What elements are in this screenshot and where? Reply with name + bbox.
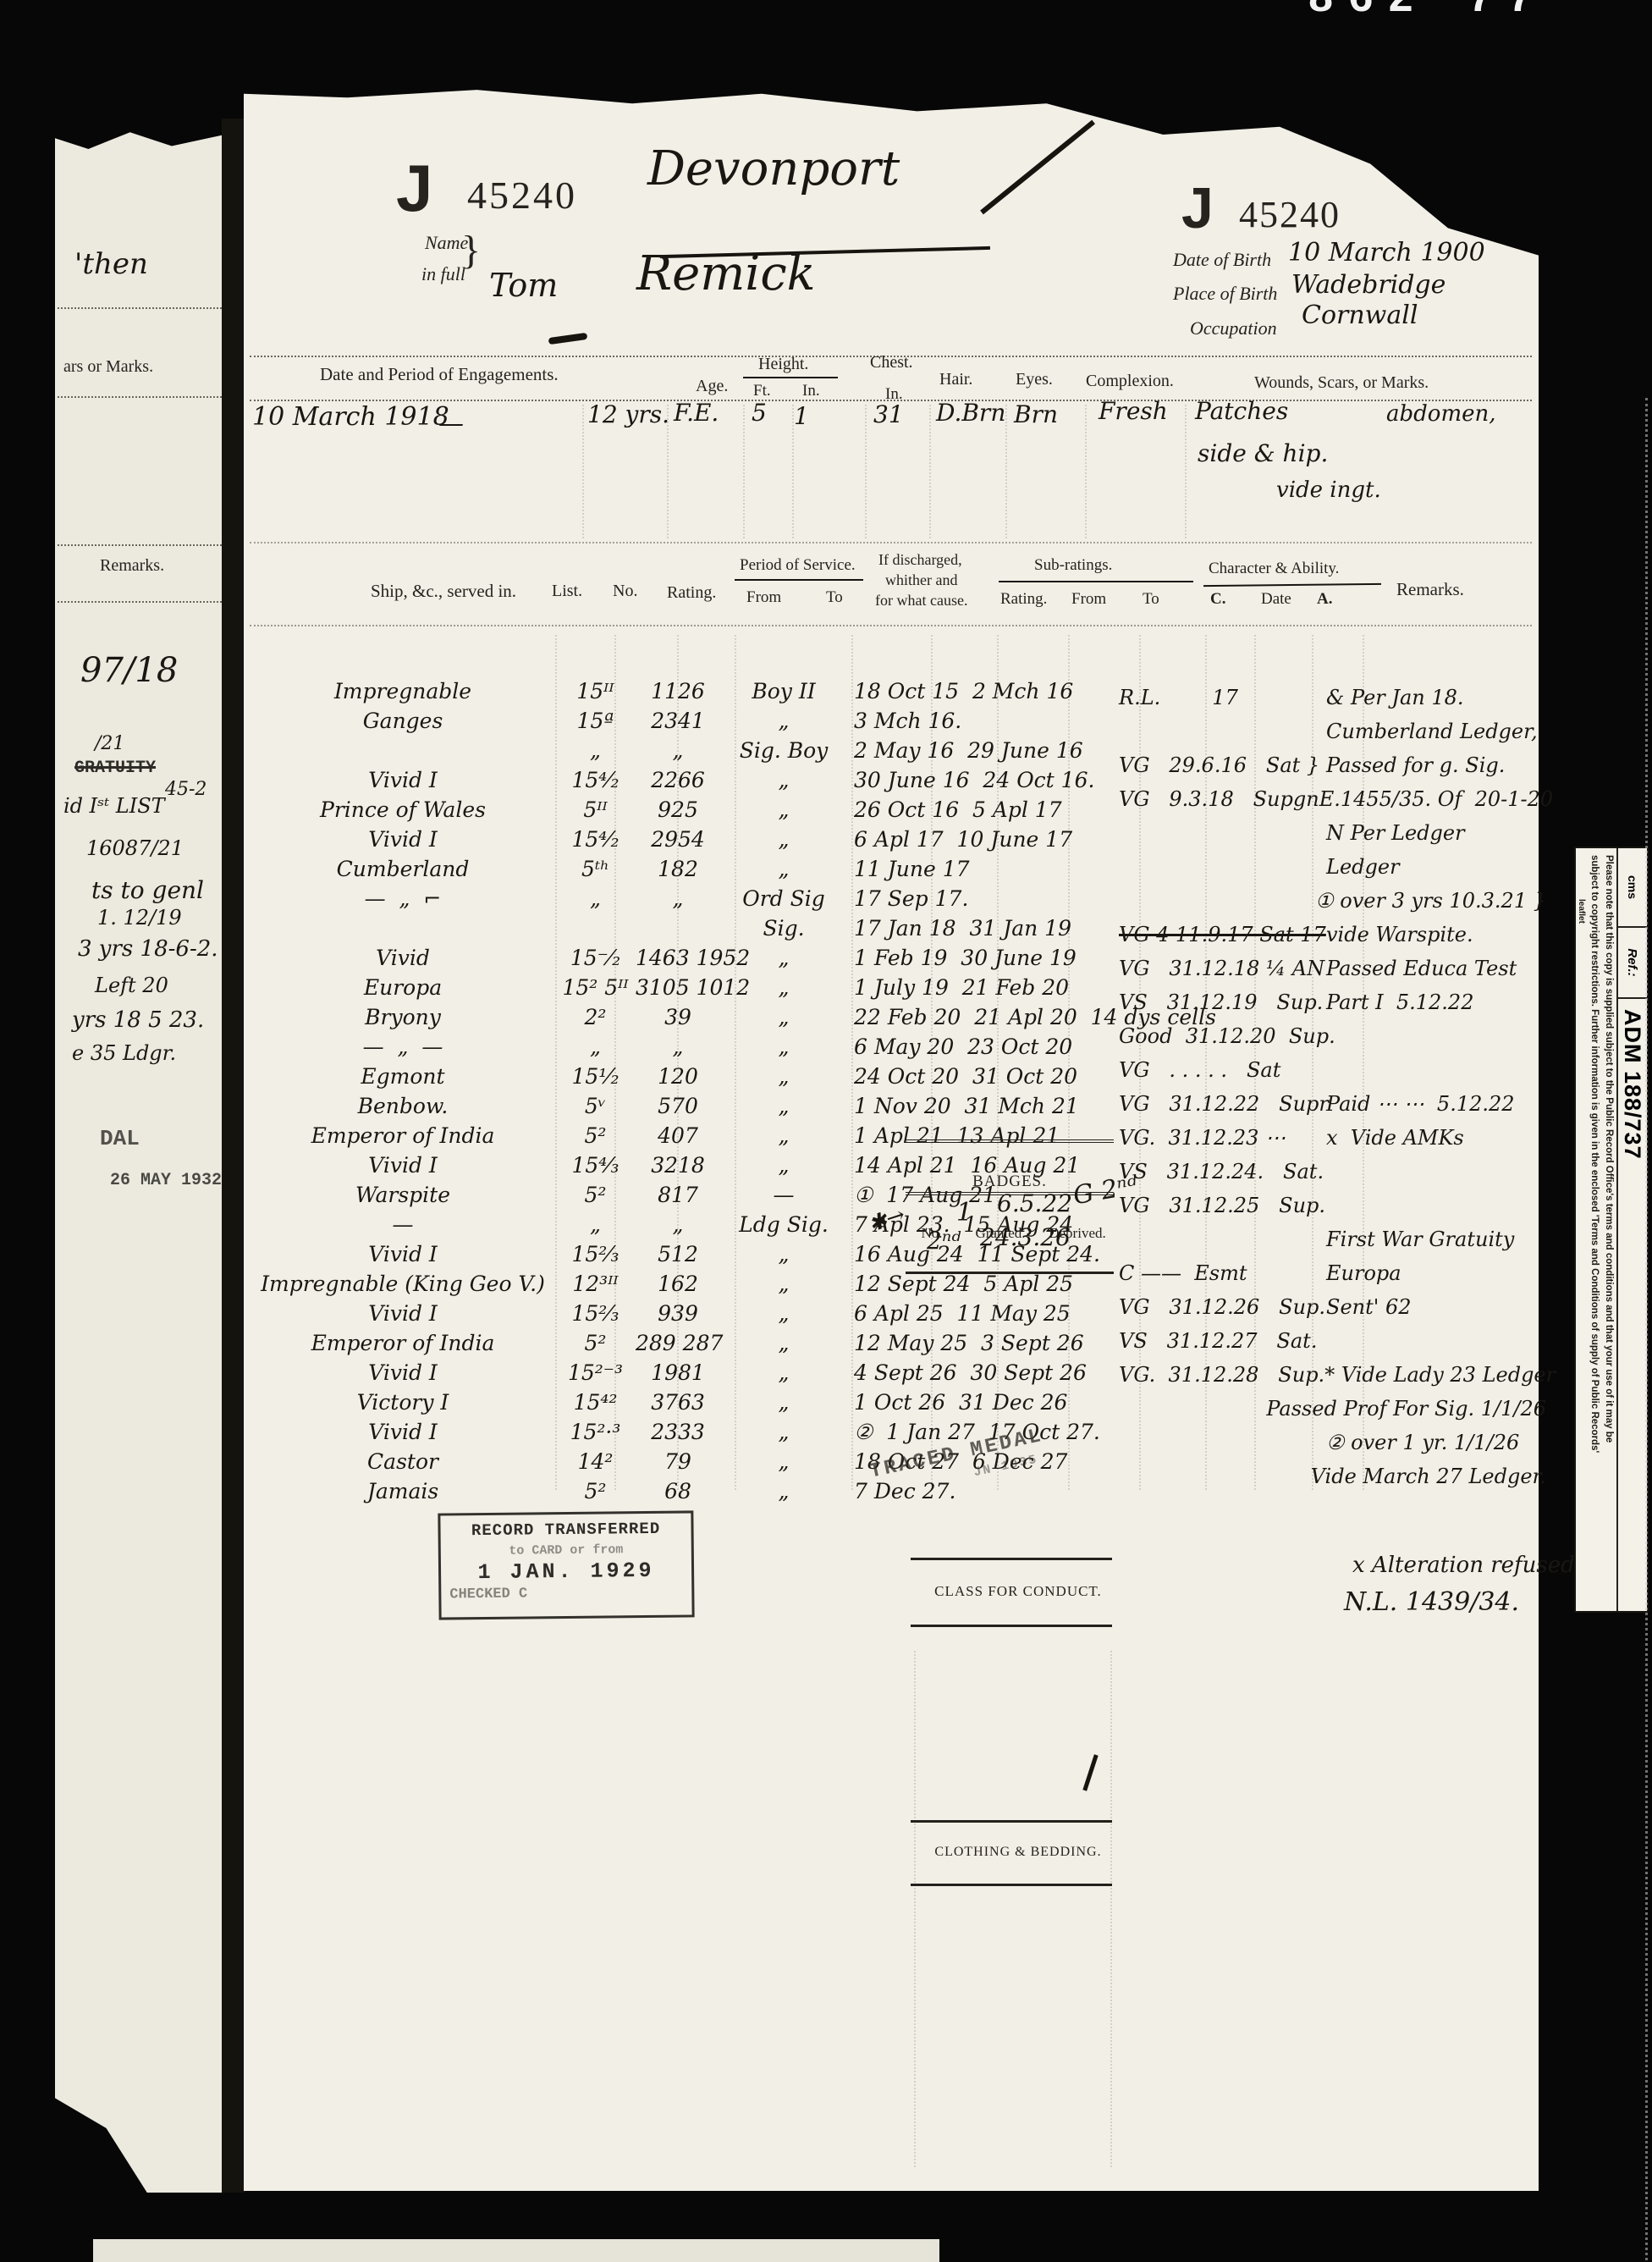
character-entry: First War Gratuity — [1119, 1229, 1546, 1263]
c-col-header: C. — [1210, 591, 1225, 607]
character-header: Character & Ability. — [1209, 560, 1339, 577]
ship-name: — „ ⌐ — [251, 888, 555, 909]
archive-label-inner: cms Ref.: ADM 188/737 Please note that t… — [1574, 847, 1649, 1613]
character-entry: Cumberland Ledger, — [1119, 721, 1546, 755]
book-gutter — [222, 119, 245, 2193]
character-entry: VG 31.12.18 ¼ AN Passed Educa Test — [1119, 958, 1546, 992]
column-rule — [914, 1651, 916, 2167]
character-entry: Good 31.12.20 Sup. — [1119, 1026, 1546, 1060]
character-entry: VG. 31.12.23 ⋯ x Vide AMKs — [1119, 1128, 1546, 1161]
copyright-line-3: leaflet — [1576, 848, 1589, 1611]
pob-label: Place of Birth — [1173, 284, 1277, 303]
rating-value: Ldg Sig. — [720, 1214, 847, 1235]
eyes-col-header: Eyes. — [1016, 371, 1053, 388]
number-value: 39 — [636, 1007, 720, 1028]
left-note: id Iˢᵗ LIST — [63, 796, 165, 816]
list-value: 15⁴⁄₃ — [555, 1155, 636, 1176]
occupation-label: Occupation — [1190, 319, 1277, 338]
rating-value: „ — [720, 710, 847, 731]
subratings-header: Sub-ratings. — [1034, 557, 1112, 573]
column-rule — [1110, 1651, 1112, 2167]
in-col-header: In. — [802, 383, 820, 399]
ship-name: Vivid I — [251, 1303, 555, 1324]
subratings-underline — [999, 581, 1193, 582]
rating-value: „ — [720, 947, 847, 968]
character-grade: VG . . . . . Sat — [1119, 1060, 1326, 1080]
hair-value: D.Brn — [936, 401, 1005, 425]
number-value: 512 — [636, 1244, 720, 1265]
character-entry: Vide March 27 Ledger. — [1119, 1466, 1546, 1500]
number-value: „ — [636, 1214, 720, 1235]
left-rule — [58, 601, 222, 603]
badge-row1-granted: 6.5.22 — [997, 1192, 1072, 1216]
badge-row2-no: 2ⁿᵈ — [927, 1229, 961, 1253]
character-grade: R.L. 17 — [1119, 687, 1326, 708]
character-remark: ② over 1 yr. 1/1/26 — [1326, 1432, 1546, 1453]
number-value: 3763 — [636, 1392, 720, 1413]
character-grade: VG 29.6.16 Sat } — [1119, 755, 1326, 775]
character-remark: Europa — [1326, 1263, 1546, 1283]
a-col-header: A. — [1317, 591, 1332, 607]
ship-name: Warspite — [251, 1184, 555, 1205]
character-entry: ② over 1 yr. 1/1/26 — [1119, 1432, 1546, 1466]
character-entry: VG 9.3.18 Sup gnE.1455/35. Of 20-1-20 — [1119, 789, 1546, 823]
record-stamp-line1: RECORD TRANSFERRED — [440, 1520, 691, 1539]
to-col-header: To — [826, 589, 843, 605]
date-col-header: Date — [1261, 591, 1291, 607]
chest-value: 31 — [873, 403, 904, 427]
dob-value: 10 March 1900 — [1288, 240, 1485, 266]
left-medal-stamp: DAL — [100, 1128, 140, 1150]
height-ft-value: 5 — [752, 401, 767, 425]
eyes-value: Brn — [1014, 403, 1058, 427]
wounds-value-3: side & hip. — [1198, 442, 1328, 466]
character-grade: VG 4 11.9.17 Sat 17 — [1119, 924, 1326, 945]
list-value: 5² — [555, 1125, 636, 1146]
rating-value: „ — [720, 1066, 847, 1087]
left-note: 45-2 — [165, 781, 206, 799]
height-in-value: 1 — [794, 405, 809, 428]
number-value: 289 287 — [636, 1332, 720, 1354]
number-value: 925 — [636, 799, 720, 820]
ship-name: Ganges — [251, 710, 555, 731]
discharged-header-1: If discharged, — [878, 552, 962, 567]
list-value: 15²⁄₃ — [555, 1303, 636, 1324]
ref-label-cell: Ref.: — [1618, 928, 1647, 999]
clothing-bedding-title: CLOTHING & BEDDING. — [934, 1845, 1101, 1859]
ft-col-header: Ft. — [753, 383, 771, 399]
character-grade: Good 31.12.20 Sup. — [1119, 1026, 1326, 1046]
rating-value: Sig. — [720, 918, 847, 939]
record-stamp-line3: 1 JAN. 1929 — [441, 1559, 691, 1583]
character-ability-column: R.L. 17 & Per Jan 18. Cumberland Ledger,… — [1119, 647, 1546, 1500]
rating-value: „ — [720, 1362, 847, 1383]
character-grade: VG 31.12.25 Sup. — [1119, 1195, 1326, 1216]
official-number-letter-right: J — [1181, 179, 1214, 237]
list-value: 5ᵗʰ — [555, 858, 636, 880]
list-value: 15²·³ — [555, 1421, 636, 1443]
microfilm-scan: 862 77 'then ars or Marks. Remarks. 97/1… — [0, 0, 1652, 2262]
character-entry: N Per Ledger — [1119, 823, 1546, 857]
class-for-conduct-title: CLASS FOR CONDUCT. — [934, 1583, 1102, 1599]
character-grade: VS 31.12.27 Sat. — [1119, 1331, 1326, 1351]
ship-name: Vivid — [251, 947, 555, 968]
character-grade: C —— Esmt — [1119, 1263, 1326, 1283]
film-edge-line — [1645, 398, 1648, 2260]
number-value: 570 — [636, 1095, 720, 1117]
character-remark: vide Warspite. — [1326, 924, 1546, 945]
character-entry: ① over 3 yrs 10.3.21 } — [1119, 891, 1546, 924]
left-date-stamp: 26 MAY 1932 — [110, 1172, 222, 1189]
ship-name: Victory I — [251, 1392, 555, 1413]
number-value: 2333 — [636, 1421, 720, 1443]
ship-name: Bryony — [251, 1007, 555, 1028]
ship-name: Egmont — [251, 1066, 555, 1087]
list-value: 14² — [555, 1451, 636, 1472]
character-remark: * Vide Lady 23 Ledger — [1324, 1365, 1556, 1385]
character-grade: VG. 31.12.28 Sup. — [1119, 1365, 1324, 1385]
character-entry: VG 4 11.9.17 Sat 17 vide Warspite. — [1119, 924, 1546, 958]
rule — [250, 542, 1532, 543]
list-value: 15¹⁄₂ — [555, 1066, 636, 1087]
rating-value: „ — [720, 799, 847, 820]
number-value: 939 — [636, 1303, 720, 1324]
character-remark: Paid ⋯ ⋯ 5.12.22 — [1326, 1094, 1546, 1114]
discharged-header-2: whither and — [885, 572, 957, 588]
rating-value: „ — [720, 1155, 847, 1176]
rating-value: „ — [720, 1007, 847, 1028]
rating-value: Sig. Boy — [720, 740, 847, 761]
film-bottom-strip — [93, 2239, 939, 2262]
character-entry: VG 31.12.22 Supr Paid ⋯ ⋯ 5.12.22 — [1119, 1094, 1546, 1128]
surname: Remick — [636, 251, 816, 298]
column-rule — [929, 405, 931, 538]
character-remark: Sent' 62 — [1326, 1297, 1546, 1317]
number-value: 1126 — [636, 681, 720, 702]
age-col-header: Age. — [696, 378, 728, 394]
number-value: 68 — [636, 1481, 720, 1502]
cms-cell: cms — [1618, 848, 1647, 928]
ship-name: Impregnable — [251, 681, 555, 702]
height-col-header: Height. — [758, 356, 808, 372]
from-col-header: From — [746, 589, 781, 605]
list-value: 5ᴵᴵ — [555, 799, 636, 820]
hair-col-header: Hair. — [939, 371, 972, 388]
left-rule — [58, 544, 222, 546]
character-entry: Ledger — [1119, 857, 1546, 891]
character-entry: Passed Prof For Sig. 1/1/26 — [1119, 1399, 1546, 1432]
left-col-header: ars or Marks. — [63, 358, 153, 375]
column-rule — [865, 405, 867, 538]
ship-name: Vivid I — [251, 829, 555, 850]
ref-value-cell: ADM 188/737 — [1618, 999, 1647, 1611]
alteration-reference: N.L. 1439/34. — [1344, 1590, 1519, 1615]
column-rule — [743, 405, 745, 538]
wounds-col-header: Wounds, Scars, or Marks. — [1254, 374, 1429, 391]
copyright-line-1: Please note that this copy is supplied s… — [1602, 848, 1616, 1611]
character-remark: x Vide AMKs — [1326, 1128, 1546, 1148]
left-rule — [58, 307, 222, 309]
list-value: 2² — [555, 1007, 636, 1028]
list-value: 15⁴⁄₂ — [555, 829, 636, 850]
dob-label: Date of Birth — [1173, 251, 1271, 269]
record-transferred-stamp: RECORD TRANSFERRED to CARD or from 1 JAN… — [438, 1510, 694, 1619]
number-value: 817 — [636, 1184, 720, 1205]
character-entry: VG. 31.12.28 Sup. * Vide Lady 23 Ledger — [1119, 1365, 1546, 1399]
character-grade: VG. 31.12.23 ⋯ — [1119, 1128, 1326, 1148]
pob-value: Wadebridge — [1291, 273, 1445, 298]
official-number-right: 45240 — [1239, 196, 1341, 234]
list-value: 5ᵛ — [555, 1095, 636, 1117]
rating-value: „ — [720, 770, 847, 791]
character-remark: Passed Prof For Sig. 1/1/26 — [1266, 1399, 1546, 1419]
rating-value: Ord Sig — [720, 888, 847, 909]
column-rule — [1085, 405, 1087, 538]
character-remark: Cumberland Ledger, — [1326, 721, 1546, 742]
rating-col-header: Rating. — [667, 584, 716, 601]
discharged-header-3: for what cause. — [875, 593, 967, 608]
wounds-value-4: vide ingt. — [1276, 479, 1381, 501]
rating-value: „ — [720, 1303, 847, 1324]
official-number: 45240 — [467, 176, 577, 215]
character-remark: Passed Educa Test — [1326, 958, 1546, 979]
list-value: 15² 5ᴵᴵ — [555, 977, 636, 998]
ship-name: Vivid I — [251, 1244, 555, 1265]
period-col-header: Period of Service. — [740, 557, 856, 573]
character-remark: N Per Ledger — [1326, 823, 1546, 843]
sub-rating-header: Rating. — [1000, 591, 1047, 607]
rating-value: „ — [720, 1273, 847, 1294]
character-grade: VG 31.12.26 Sup. — [1119, 1297, 1326, 1317]
class-for-conduct-box: CLASS FOR CONDUCT. — [911, 1558, 1112, 1627]
port-division: Devonport — [647, 146, 900, 193]
wounds-value-2: abdomen, — [1386, 403, 1496, 425]
official-number-letter: J — [396, 155, 432, 221]
character-remark: Part I 5.12.22 — [1326, 992, 1546, 1012]
number-value: 79 — [636, 1451, 720, 1472]
badge-row1-no: 1 — [956, 1200, 972, 1226]
number-value: „ — [636, 888, 720, 909]
first-name: Tom — [489, 269, 558, 301]
rating-value: „ — [720, 1036, 847, 1057]
character-entry: R.L. 17 & Per Jan 18. — [1119, 687, 1546, 721]
rating-value: „ — [720, 977, 847, 998]
rating-value: „ — [720, 1332, 847, 1354]
list-value: 5² — [555, 1184, 636, 1205]
alteration-note: x Alteration refused — [1352, 1554, 1575, 1576]
left-note: 3 yrs 18-6-2. — [78, 938, 218, 960]
no-col-header: No. — [613, 582, 637, 599]
archive-label-header: cms Ref.: ADM 188/737 — [1616, 848, 1647, 1611]
character-entry: VS 31.12.27 Sat. — [1119, 1331, 1546, 1365]
age-value: 12 yrs. — [587, 403, 669, 427]
rating-value: „ — [720, 1095, 847, 1117]
character-remark: ① over 3 yrs 10.3.21 } — [1315, 891, 1546, 911]
name-brace: } — [461, 230, 481, 271]
column-rule — [582, 405, 584, 538]
list-value: „ — [555, 740, 636, 761]
number-value: 3105 1012 — [636, 977, 720, 998]
list-value: „ — [555, 888, 636, 909]
character-grade: VG 31.12.18 ¼ AN — [1119, 958, 1326, 979]
clothing-bedding-box: CLOTHING & BEDDING. — [911, 1820, 1112, 1886]
ship-name: Vivid I — [251, 1362, 555, 1383]
ship-name: — „ — — [251, 1036, 555, 1057]
ship-name: Impregnable (King Geo V.) — [251, 1273, 555, 1294]
left-note: 'then — [74, 250, 148, 279]
character-remark: Vide March 27 Ledger. — [1311, 1466, 1546, 1487]
list-value: „ — [555, 1036, 636, 1057]
character-remark: Ledger — [1326, 857, 1546, 877]
ship-name: — — [251, 1214, 555, 1235]
character-remark: Passed for g. Sig. — [1326, 755, 1546, 775]
list-value: 12³ᴵᴵ — [555, 1273, 636, 1294]
list-value: 15⁴² — [555, 1392, 636, 1413]
rating-value: — — [720, 1184, 847, 1205]
column-rule — [667, 405, 669, 538]
remarks-col-header: Remarks. — [1396, 581, 1464, 599]
character-entry: VG . . . . . Sat — [1119, 1060, 1546, 1094]
character-entry: VG 31.12.25 Sup. — [1119, 1195, 1546, 1229]
number-value: 2266 — [636, 770, 720, 791]
list-value: 5² — [555, 1332, 636, 1354]
rating-value: „ — [720, 1421, 847, 1443]
character-entry: VS 31.12.24. Sat. — [1119, 1161, 1546, 1195]
engagements-col-header: Date and Period of Engagements. — [320, 366, 559, 383]
rating-value: „ — [720, 858, 847, 880]
complexion-col-header: Complexion. — [1086, 372, 1174, 389]
column-rule — [792, 405, 794, 538]
engagement-date: 10 March 1918 — [252, 405, 449, 430]
pob-county-value: Cornwall — [1302, 303, 1418, 328]
character-remark: gnE.1455/35. Of 20-1-20 — [1293, 789, 1553, 809]
list-value: 15²⁄₃ — [555, 1244, 636, 1265]
copyright-line-2: subject to copyright restrictions. Furth… — [1589, 848, 1603, 1611]
character-remark: First War Gratuity — [1326, 1229, 1546, 1250]
left-note: yrs 18 5 23. — [72, 1009, 204, 1031]
column-rule — [1005, 405, 1007, 538]
rating-value: „ — [720, 1392, 847, 1413]
character-grade: VS 31.12.24. Sat. — [1119, 1161, 1326, 1182]
number-value: 2341 — [636, 710, 720, 731]
sub-from-header: From — [1071, 591, 1106, 607]
left-rule — [58, 396, 222, 398]
number-value: 1463 1952 — [636, 947, 720, 968]
rating-value: „ — [720, 1244, 847, 1265]
number-value: 182 — [636, 858, 720, 880]
chest-col-header: Chest. — [870, 354, 913, 371]
ship-name: Emperor of India — [251, 1125, 555, 1146]
ship-name: Prince of Wales — [251, 799, 555, 820]
ship-name: Benbow. — [251, 1095, 555, 1117]
ship-name: Emperor of India — [251, 1332, 555, 1354]
left-note: /21 — [95, 735, 124, 753]
left-note: Left 20 — [95, 975, 168, 996]
list-col-header: List. — [552, 582, 582, 599]
list-value: 15⁴⁄₂ — [555, 770, 636, 791]
number-value: 120 — [636, 1066, 720, 1087]
character-entry: VS 31.12.19 Sup. Part I 5.12.22 — [1119, 992, 1546, 1026]
number-value: 2954 — [636, 829, 720, 850]
character-grade: VS 31.12.19 Sup. — [1119, 992, 1326, 1012]
ship-name: Cumberland — [251, 858, 555, 880]
ship-name: Vivid I — [251, 1421, 555, 1443]
left-gratuity-stamp: GRATUITY — [74, 760, 156, 777]
rating-value: Boy II — [720, 681, 847, 702]
column-rule — [1185, 405, 1187, 538]
left-note: 1. 12/19 — [97, 908, 182, 928]
record-stamp-line4: CHECKED C — [441, 1585, 691, 1602]
entry-type-value: F.E. — [674, 401, 719, 425]
rating-value: „ — [720, 1125, 847, 1146]
list-value: 15ᴵᴵ — [555, 681, 636, 702]
number-value: 162 — [636, 1273, 720, 1294]
name-label-2: in full — [421, 265, 465, 284]
sub-to-header: To — [1143, 591, 1159, 607]
list-value: 15ª — [555, 710, 636, 731]
list-value: 15⁻⁄₂ — [555, 947, 636, 968]
number-value: „ — [636, 740, 720, 761]
record-stamp-line2: to CARD or from — [441, 1542, 691, 1558]
list-value: 15²⁻³ — [555, 1362, 636, 1383]
ship-name: Europa — [251, 977, 555, 998]
left-note: 16087/21 — [86, 838, 184, 858]
rating-value: „ — [720, 829, 847, 850]
left-note: ts to genl — [91, 879, 204, 902]
height-underline — [743, 377, 838, 378]
ship-name: Jamais — [251, 1481, 555, 1502]
character-grade: VG 9.3.18 Sup — [1119, 789, 1293, 809]
list-value: „ — [555, 1214, 636, 1235]
rule — [250, 625, 1532, 626]
badge-row2-granted: 24.3.26 — [980, 1226, 1071, 1250]
character-remark: & Per Jan 18. — [1326, 687, 1546, 708]
wounds-value-1: Patches — [1195, 400, 1288, 423]
ship-name: Vivid I — [251, 1155, 555, 1176]
character-entry: VG 31.12.26 Sup. Sent' 62 — [1119, 1297, 1546, 1331]
period-underline — [735, 579, 863, 581]
ship-col-header: Ship, &c., served in. — [371, 582, 516, 600]
engagement-dash: — — [438, 411, 464, 437]
left-note: 97/18 — [80, 654, 178, 687]
rating-value: „ — [720, 1451, 847, 1472]
adjacent-page-edge — [55, 119, 222, 2193]
character-entry: VG 29.6.16 Sat } Passed for g. Sig. — [1119, 755, 1546, 789]
left-remarks-header: Remarks. — [100, 557, 164, 574]
number-value: 3218 — [636, 1155, 720, 1176]
ship-name: Castor — [251, 1451, 555, 1472]
character-entry: C —— Esmt Europa — [1119, 1263, 1546, 1297]
complexion-value: Fresh — [1099, 400, 1168, 423]
left-note: e 35 Ldgr. — [72, 1043, 176, 1063]
ship-name: Vivid I — [251, 770, 555, 791]
character-grade: VG 31.12.22 Supr — [1119, 1094, 1326, 1114]
list-value: 5² — [555, 1481, 636, 1502]
film-frame-number: 862 77 — [1308, 0, 1547, 22]
number-value: „ — [636, 1036, 720, 1057]
number-value: 1981 — [636, 1362, 720, 1383]
number-value: 407 — [636, 1125, 720, 1146]
rating-value: „ — [720, 1481, 847, 1502]
